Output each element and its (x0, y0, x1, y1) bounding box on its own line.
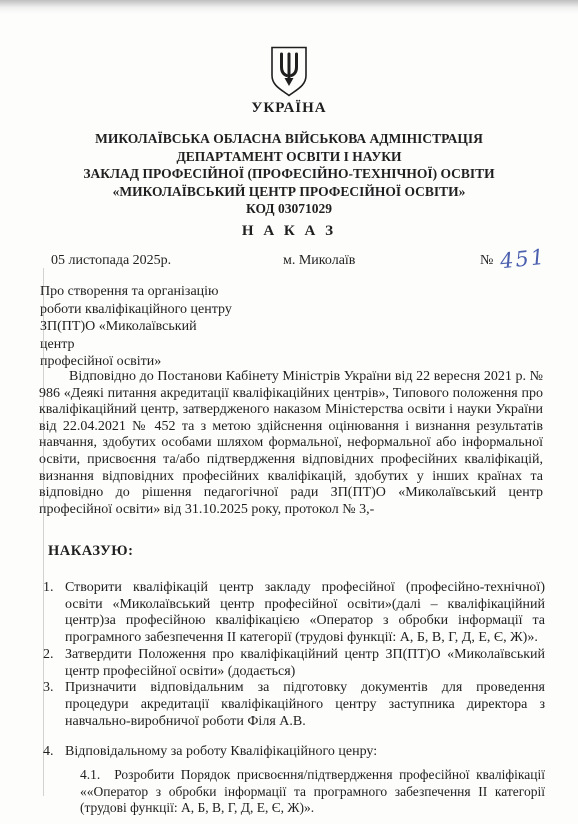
order-item-2-number: 2. (40, 647, 65, 664)
country-title: УКРАЇНА (0, 100, 578, 117)
order-item-1-number: 1. (40, 580, 65, 597)
order-item-3-text: Призначити відповідальним за підготовку … (65, 680, 545, 730)
order-item-4-text: Відповідальному за роботу Кваліфікаційно… (65, 744, 545, 761)
order-preamble: Відповідно до Постанови Кабінету Міністр… (39, 369, 543, 518)
date-city-number-row: 05 листопада 2025р. м. Миколаїв № 451 (0, 253, 578, 279)
order-subject: Про створення та організацію роботи квал… (40, 283, 310, 371)
org-line-institution-type: ЗАКЛАД ПРОФЕСІЙНОЇ (ПРОФЕСІЙНО-ТЕХНІЧНОЇ… (20, 165, 558, 183)
order-item-3: 3. Призначити відповідальним за підготов… (40, 680, 545, 730)
order-item-2: 2. Затвердити Положення про кваліфікацій… (40, 647, 545, 680)
order-items-list: 1. Створити кваліфікацій центр закладу п… (40, 580, 545, 761)
order-item-3-number: 3. (40, 680, 65, 697)
org-line-code: КОД 03071029 (20, 200, 558, 218)
order-item-4: 4. Відповідальному за роботу Кваліфікаці… (40, 744, 545, 761)
order-sub-item-4-1: 4.1.Розробити Порядок присвоєння/підтвер… (80, 767, 545, 817)
org-line-administration: МИКОЛАЇВСЬКА ОБЛАСНА ВІЙСЬКОВА АДМІНІСТР… (20, 130, 558, 148)
org-line-department: ДЕПАРТАМЕНТ ОСВІТИ І НАУКИ (20, 148, 558, 166)
order-item-2-text: Затвердити Положення про кваліфікаційний… (65, 647, 545, 680)
number-sign: № (480, 253, 493, 269)
order-sub-item-4-1-number: 4.1. (80, 767, 100, 782)
ukraine-trident-icon (269, 46, 309, 98)
scan-edge-shadow (0, 0, 578, 14)
order-sub-item-4-1-text: Розробити Порядок присвоєння/підтверджен… (80, 767, 545, 815)
order-command-word: НАКАЗУЮ: (48, 543, 133, 560)
order-date: 05 листопада 2025р. (51, 253, 171, 269)
order-item-1: 1. Створити кваліфікацій центр закладу п… (40, 580, 545, 647)
document-type-title: Н А К А З (0, 223, 578, 240)
order-item-4-number: 4. (40, 744, 65, 761)
org-line-institution-name: «МИКОЛАЇВСЬКИЙ ЦЕНТР ПРОФЕСІЙНОЇ ОСВІТИ» (20, 183, 558, 201)
scanned-order-page: УКРАЇНА МИКОЛАЇВСЬКА ОБЛАСНА ВІЙСЬКОВА А… (0, 0, 578, 824)
organization-header: МИКОЛАЇВСЬКА ОБЛАСНА ВІЙСЬКОВА АДМІНІСТР… (20, 130, 558, 218)
order-number-handwritten: 451 (499, 245, 547, 274)
order-item-1-text: Створити кваліфікацій центр закладу проф… (65, 580, 545, 647)
order-city: м. Миколаїв (283, 253, 355, 269)
